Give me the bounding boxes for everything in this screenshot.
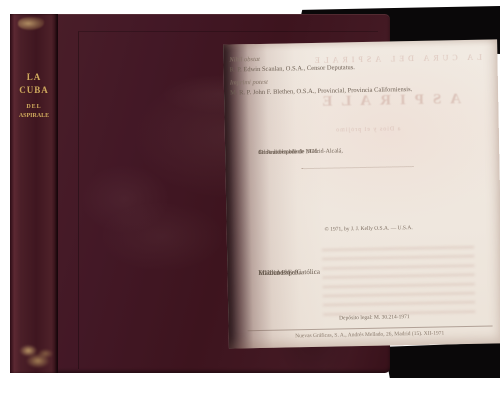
spine-title-line-1: LA bbox=[10, 72, 58, 82]
publisher-city: Madrid-España bbox=[258, 267, 301, 278]
showthrough-subtitle: a Dios y el prójimo bbox=[277, 125, 459, 134]
cover-scuff bbox=[80, 164, 170, 234]
printer-imprint-line: Nuevas Gráficas, S. A., Andrés Mellado, … bbox=[243, 329, 497, 340]
showthrough-title-line: LA CURA DEL ASPIRALE bbox=[297, 52, 495, 65]
backdrop-bottom-corner bbox=[384, 341, 500, 378]
nihil-obstat-text: R. P. Edwin Scanlan, O.S.A., Censor Depu… bbox=[230, 64, 355, 73]
spine-title-line-4: ASPIRALE bbox=[10, 113, 58, 119]
spine-title-line-2: CUBA bbox=[10, 85, 58, 95]
book-spine: LA CUBA DEL ASPIRALE bbox=[10, 14, 58, 373]
authorization-line-3: 11 de diciembre de 1971. bbox=[258, 149, 319, 158]
nihil-obstat-label: Nihil obstat bbox=[229, 56, 260, 64]
spine-title-line-3: DEL bbox=[10, 104, 58, 110]
showthrough-paragraph bbox=[322, 246, 475, 321]
spine-gilt-emblem bbox=[17, 342, 55, 371]
book-photo: LA CUBA DEL ASPIRALE LA CURA DEL ASPIRAL… bbox=[0, 0, 500, 395]
deposito-legal-line: Depósito legal: M. 30.214-1971 bbox=[294, 313, 454, 322]
faded-dotted-rule bbox=[301, 166, 413, 169]
copyright-page: LA CURA DEL ASPIRALE ASPIRALE a Dios y e… bbox=[223, 39, 500, 348]
copyright-line: © 1971, by J. J. Kelly O.S.A. — U.S.A. bbox=[269, 224, 469, 234]
spine-wear-patch bbox=[18, 17, 44, 30]
imprimi-potest-label: Imprimi potest bbox=[230, 79, 268, 87]
